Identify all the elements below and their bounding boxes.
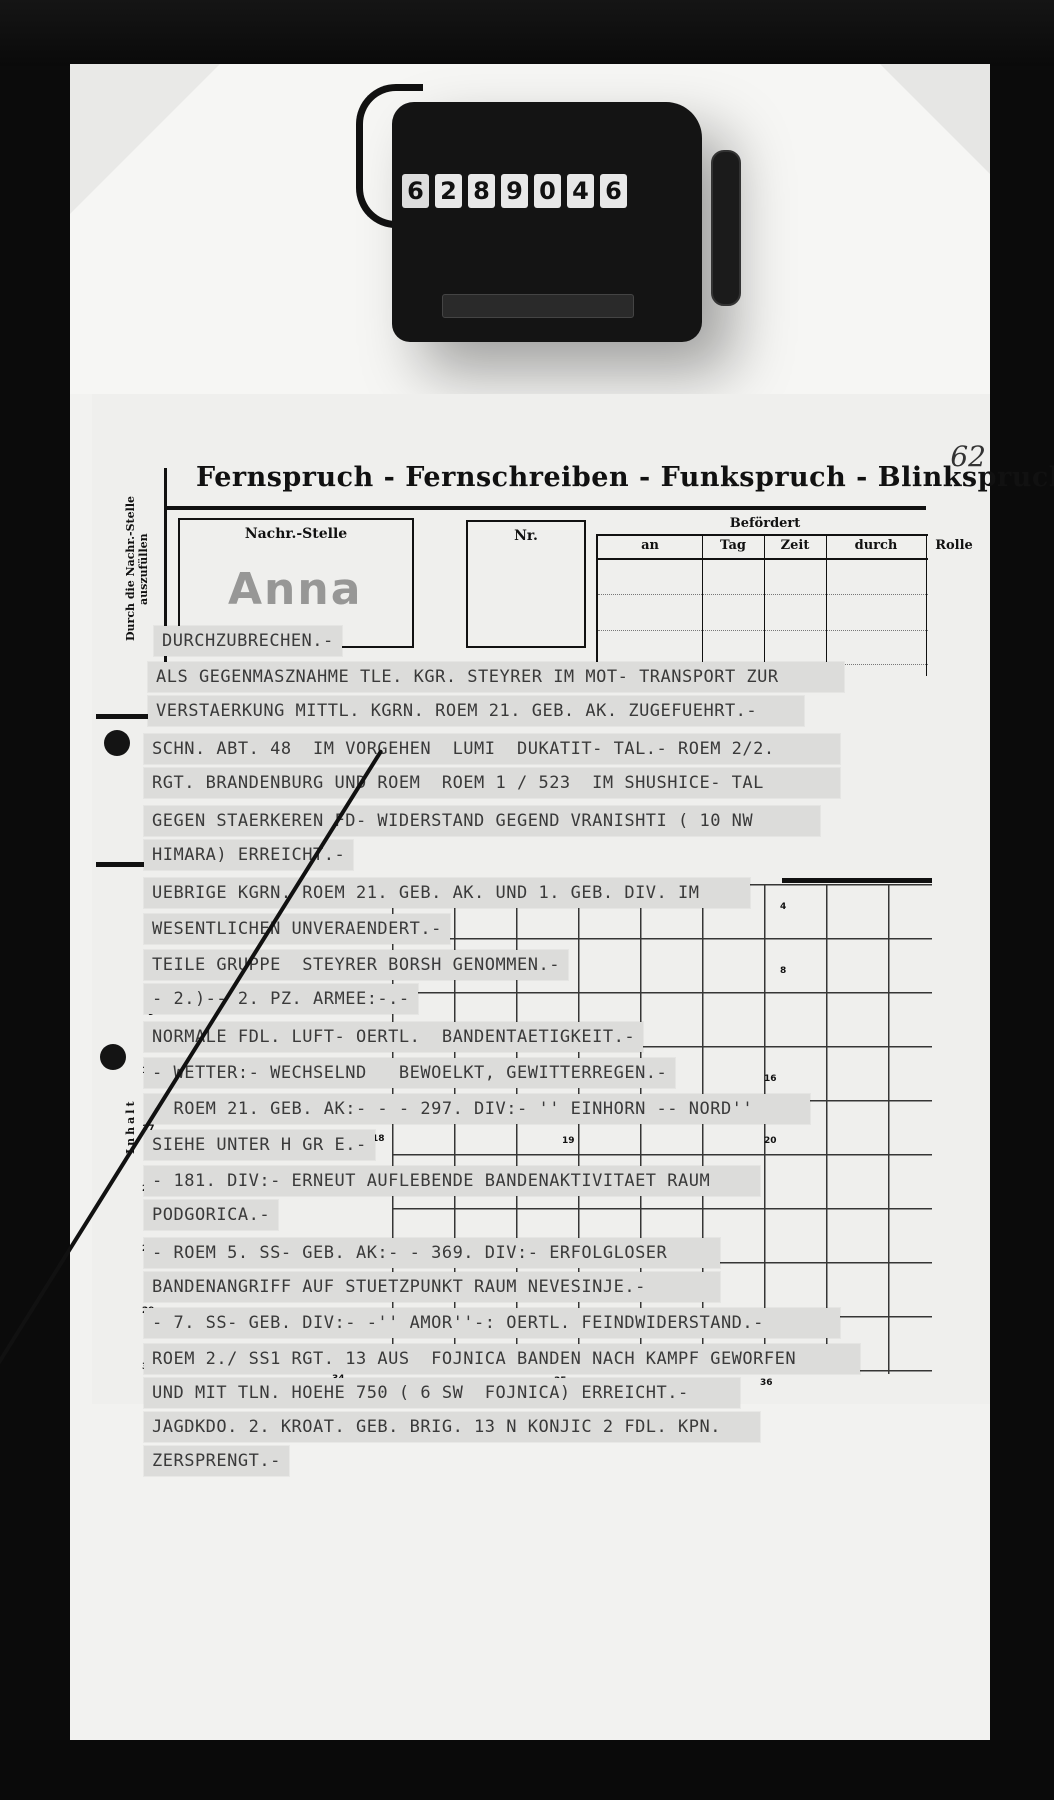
grid-number: 4: [780, 902, 786, 912]
counter-digit: 4: [567, 174, 594, 208]
margin-mark: [96, 714, 156, 719]
punch-hole: [104, 730, 130, 756]
tape-line: GEGEN STAERKEREN FD- WIDERSTAND GEGEND V…: [144, 806, 820, 836]
tape-line: - WETTER:- WECHSELND BEWOELKT, GEWITTERR…: [144, 1058, 675, 1088]
counter-digit: 9: [501, 174, 528, 208]
table-rule: [598, 558, 928, 560]
tape-line: - 181. DIV:- ERNEUT AUFLEBENDE BANDENAKT…: [144, 1166, 760, 1196]
grid-number: 19: [562, 1136, 575, 1146]
col-header: Tag: [702, 538, 764, 553]
col-durch: durch: [826, 536, 927, 676]
counter-digit: 8: [468, 174, 495, 208]
counter-plate: [442, 294, 634, 318]
form-title: Fernspruch - Fernschreiben - Funkspruch …: [196, 462, 956, 502]
tape-line: PODGORICA.-: [144, 1200, 278, 1230]
counter-digit: 0: [534, 174, 561, 208]
col-tag: Tag: [702, 536, 765, 676]
col-header: Rolle: [924, 538, 984, 553]
film-border-bottom: [0, 1740, 1054, 1800]
tape-line: RGT. BRANDENBURG UND ROEM ROEM 1 / 523 I…: [144, 768, 840, 798]
counter-digit: 6: [600, 174, 627, 208]
tape-line: ROEM 2./ SS1 RGT. 13 AUS FOJNICA BANDEN …: [144, 1344, 860, 1374]
befoerdert-table: an Tag Zeit durch Rolle: [596, 534, 928, 676]
nr-box: Nr.: [466, 520, 586, 648]
film-border-top: [0, 0, 1054, 66]
tape-line: SCHN. ABT. 48 IM VORGEHEN LUMI DUKATIT- …: [144, 734, 840, 764]
tape-line: DURCHZUBRECHEN.-: [154, 626, 342, 656]
tape-line: UND MIT TLN. HOEHE 750 ( 6 SW FOJNICA) E…: [144, 1378, 740, 1408]
tape-line: VERSTAERKUNG MITTL. KGRN. ROEM 21. GEB. …: [148, 696, 804, 726]
tape-line: SIEHE UNTER H GR E.-: [144, 1130, 375, 1160]
margin-note: Durch die Nachr.-Stelle auszufüllen: [124, 464, 144, 674]
col-header: Zeit: [764, 538, 826, 553]
grid-number: 8: [780, 966, 786, 976]
message-form: Durch die Nachr.-Stelle auszufüllen Inha…: [92, 394, 990, 1404]
grid-number: 36: [760, 1378, 773, 1388]
counter-digit: 6: [402, 174, 429, 208]
grid-number: 20: [764, 1136, 777, 1146]
tape-line: - ROEM 5. SS- GEB. AK:- - 369. DIV:- ERF…: [144, 1238, 720, 1268]
tape-line: JAGDKDO. 2. KROAT. GEB. BRIG. 13 N KONJI…: [144, 1412, 760, 1442]
counter-digit: 2: [435, 174, 462, 208]
tape-line: ALS GEGENMASZNAHME TLE. KGR. STEYRER IM …: [148, 662, 844, 692]
dotted-line: [598, 630, 928, 631]
frame-counter-device: 6 2 8 9 0 4 6: [356, 84, 746, 344]
col-an: an: [598, 536, 703, 676]
nachr-stelle-label: Nachr.-Stelle: [180, 526, 412, 542]
col-zeit: Zeit: [764, 536, 827, 676]
nr-label: Nr.: [468, 528, 584, 544]
tape-line: NORMALE FDL. LUFT- OERTL. BANDENTAETIGKE…: [144, 1022, 643, 1052]
tape-line: - 7. SS- GEB. DIV:- -'' AMOR''-: OERTL. …: [144, 1308, 840, 1338]
tape-line: TEILE GRUPPE STEYRER BORSH GENOMMEN.-: [144, 950, 568, 980]
tape-line: WESENTLICHEN UNVERAENDERT.-: [144, 914, 450, 944]
tape-line: - 2.)-- 2. PZ. ARMEE:-.-: [144, 984, 418, 1014]
tape-line: BANDENANGRIFF AUF STUETZPUNKT RAUM NEVES…: [144, 1272, 720, 1302]
card-fold-right: [880, 64, 990, 174]
counter-knob: [711, 150, 741, 306]
card-fold-left: [70, 64, 220, 214]
punch-hole: [100, 1044, 126, 1070]
befoerdert-label: Befördert: [604, 516, 926, 531]
grid-number: 16: [764, 1074, 777, 1084]
tape-line: UEBRIGE KGRN. ROEM 21. GEB. AK. UND 1. G…: [144, 878, 750, 908]
dotted-line: [598, 594, 928, 595]
tape-line: ZERSPRENGT.-: [144, 1446, 289, 1476]
grid-rule: [782, 878, 932, 883]
counter-card: 6 2 8 9 0 4 6: [70, 64, 990, 394]
col-header: durch: [826, 538, 926, 553]
counter-digits: 6 2 8 9 0 4 6: [402, 174, 627, 208]
tape-line: - ROEM 21. GEB. AK:- - - 297. DIV:- '' E…: [144, 1094, 810, 1124]
station-stamp: Anna: [228, 564, 362, 615]
col-header: an: [598, 538, 702, 553]
title-rule: [166, 506, 926, 510]
document-photo: 6 2 8 9 0 4 6 Durch die Nachr.-Stelle au…: [70, 64, 990, 1740]
